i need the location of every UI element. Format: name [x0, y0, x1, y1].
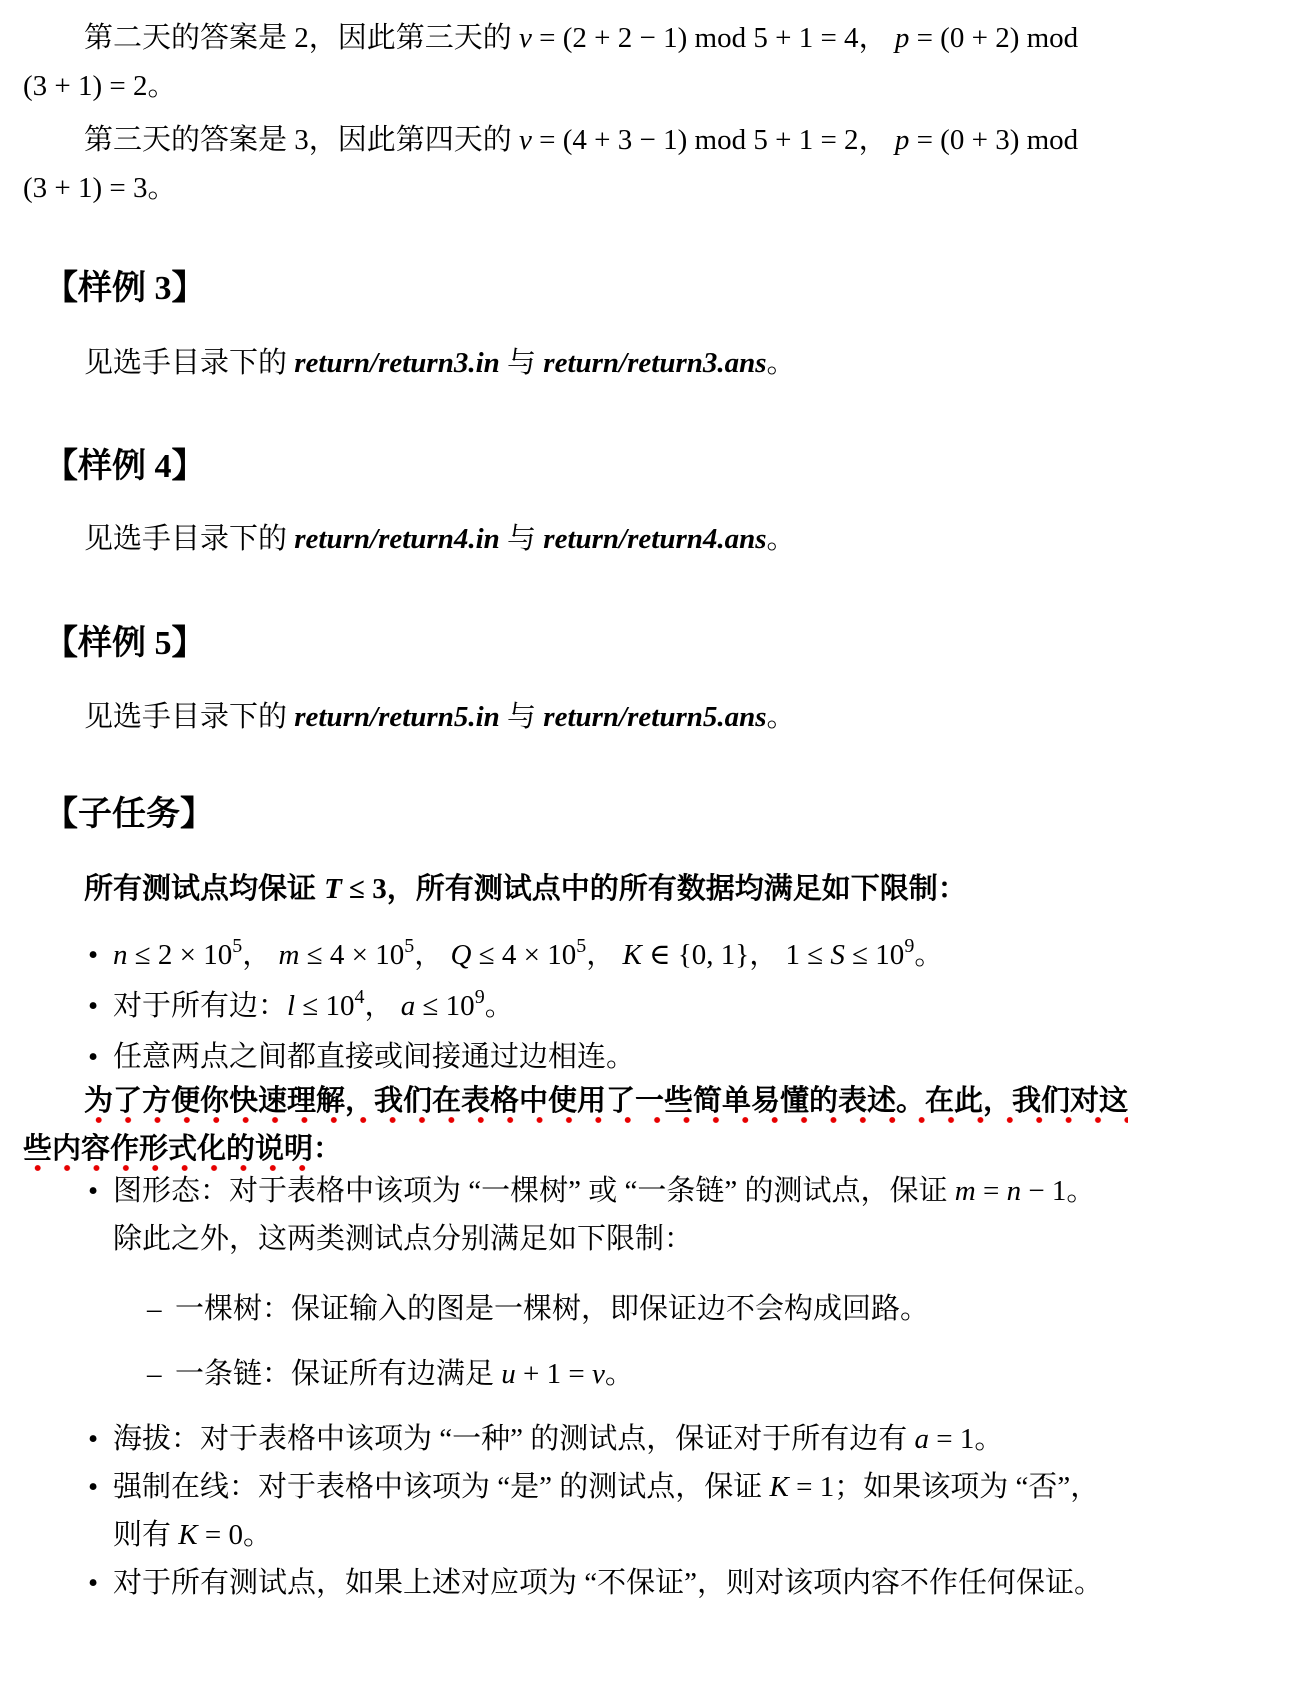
- text-line: 些内容作形式化的说明：: [23, 1125, 1140, 1173]
- dash-icon: –: [147, 1350, 175, 1398]
- text-segment: a: [915, 1423, 930, 1455]
- text-line: (3 + 1) = 2。: [23, 62, 1140, 110]
- text-segment: ≤ 3: [342, 873, 387, 905]
- text-segment: 9: [904, 935, 914, 957]
- text-segment: ，: [586, 939, 622, 971]
- text-segment: return/return5.in: [294, 701, 500, 733]
- text-segment: ≤ 2 × 10: [128, 939, 233, 971]
- text-segment: 与: [500, 701, 544, 733]
- text-segment: 。: [767, 701, 796, 733]
- text-segment: l: [287, 990, 295, 1022]
- text-segment: 为了方便你快速理解，我们在表格中使用了一些简单易懂的表述。在此，我们对这: [84, 1085, 1128, 1124]
- section-heading-subtask: 【子任务】: [44, 794, 1140, 836]
- text-segment: + 1 =: [516, 1358, 592, 1390]
- bullet-edge-limits: •对于所有边：l ≤ 104， a ≤ 109。: [23, 982, 1140, 1033]
- text-segment: a: [401, 990, 416, 1022]
- bullet-icon: •: [88, 1463, 116, 1511]
- text-segment: = (4 + 3 − 1) mod 5 + 1 = 2: [532, 124, 859, 156]
- text-segment: = (0 + 2) mod: [909, 22, 1078, 54]
- bullet-graph-shape: •图形态：对于表格中该项为 “一棵树” 或 “一条链” 的测试点，保证 m = …: [23, 1167, 1140, 1263]
- paragraph-day2: 第二天的答案是 2，因此第三天的 v = (2 + 2 − 1) mod 5 +…: [23, 14, 1140, 110]
- text-segment: 。: [914, 939, 943, 971]
- text-segment: 。: [243, 1519, 272, 1551]
- text-segment: 一棵树：保证输入的图是一棵树，即保证边不会构成回路。: [175, 1293, 929, 1325]
- text-segment: K: [178, 1519, 197, 1551]
- text-segment: return/return3.ans: [543, 347, 766, 379]
- text-line: (3 + 1) = 3。: [23, 164, 1140, 212]
- bullet-forced-online: •强制在线：对于表格中该项为 “是” 的测试点，保证 K = 1；如果该项为 “…: [23, 1463, 1140, 1559]
- text-segment: 强制在线：对于表格中该项为 “是” 的测试点，保证: [113, 1471, 770, 1503]
- text-line: •图形态：对于表格中该项为 “一棵树” 或 “一条链” 的测试点，保证 m = …: [23, 1167, 1140, 1215]
- text-segment: ≤ 4 × 10: [472, 939, 577, 971]
- text-segment: 1 ≤: [785, 939, 830, 971]
- text-line: •对于所有测试点，如果上述对应项为 “不保证”，则对该项内容不作任何保证。: [23, 1559, 1140, 1607]
- text-line: 见选手目录下的 return/return5.in 与 return/retur…: [23, 693, 1140, 741]
- text-segment: 所有测试点均保证: [84, 873, 324, 905]
- text-segment: = (0 + 3) mod: [909, 124, 1078, 156]
- document-page: 第二天的答案是 2，因此第三天的 v = (2 + 2 − 1) mod 5 +…: [0, 0, 1298, 1704]
- text-segment: return/return4.ans: [543, 523, 766, 555]
- section-heading-sample3: 【样例 3】: [44, 268, 1140, 310]
- sub-item-chain: –一条链：保证所有边满足 u + 1 = v。: [23, 1350, 1140, 1398]
- text-line: 第二天的答案是 2，因此第三天的 v = (2 + 2 − 1) mod 5 +…: [23, 14, 1140, 62]
- text-line: •任意两点之间都直接或间接通过边相连。: [23, 1033, 1140, 1081]
- text-segment: ，: [749, 939, 785, 971]
- text-segment: m: [279, 939, 300, 971]
- text-segment: 。: [148, 70, 177, 102]
- text-segment: ≤ 10: [845, 939, 904, 971]
- section-heading-text: 【样例 3】: [44, 270, 206, 307]
- dash-icon: –: [147, 1285, 175, 1333]
- text-segment: 则有: [113, 1519, 178, 1551]
- text-line: –一棵树：保证输入的图是一棵树，即保证边不会构成回路。: [23, 1285, 1140, 1333]
- text-segment: 与: [500, 347, 544, 379]
- text-segment: 4: [355, 986, 365, 1008]
- text-segment: p: [895, 22, 910, 54]
- text-line: •n ≤ 2 × 105， m ≤ 4 × 105， Q ≤ 4 × 105， …: [23, 931, 1140, 982]
- text-segment: =: [976, 1175, 1007, 1207]
- bullet-icon: •: [88, 982, 116, 1030]
- text-segment: = 0: [198, 1519, 243, 1551]
- text-segment: K: [770, 1471, 789, 1503]
- text-segment: v: [519, 124, 532, 156]
- text-segment: 。: [767, 523, 796, 555]
- text-segment: ，: [859, 22, 895, 54]
- bullet-icon: •: [88, 1033, 116, 1081]
- text-segment: m: [955, 1175, 976, 1207]
- text-segment: 5: [232, 935, 242, 957]
- text-segment: 与: [500, 523, 544, 555]
- text-segment: return/return3.in: [294, 347, 500, 379]
- text-segment: (3 + 1) = 2: [23, 70, 148, 102]
- text-segment: = 1: [789, 1471, 834, 1503]
- text-segment: 5: [404, 935, 414, 957]
- text-segment: 3: [294, 124, 309, 156]
- text-segment: = (2 + 2 − 1) mod 5 + 1 = 4: [532, 22, 859, 54]
- text-segment: v: [592, 1358, 605, 1390]
- text-line: 除此之外，这两类测试点分别满足如下限制：: [23, 1215, 1140, 1263]
- text-segment: 见选手目录下的: [84, 701, 294, 733]
- text-segment: S: [830, 939, 845, 971]
- section-heading-sample5: 【样例 5】: [44, 623, 1140, 665]
- text-segment: 2: [294, 22, 309, 54]
- text-segment: v: [519, 22, 532, 54]
- text-segment: u: [501, 1358, 516, 1390]
- paragraph-sample3: 见选手目录下的 return/return3.in 与 return/retur…: [23, 339, 1140, 387]
- text-segment: ，: [242, 939, 278, 971]
- sub-item-tree: –一棵树：保证输入的图是一棵树，即保证边不会构成回路。: [23, 1285, 1140, 1333]
- text-segment: 一条链：保证所有边满足: [175, 1358, 501, 1390]
- section-heading-sample4: 【样例 4】: [44, 446, 1140, 488]
- text-segment: 任意两点之间都直接或间接通过边相连。: [113, 1041, 635, 1073]
- bullet-connectivity: •任意两点之间都直接或间接通过边相连。: [23, 1033, 1140, 1081]
- text-segment: 。: [1066, 1175, 1095, 1207]
- section-heading-text: 【样例 5】: [44, 625, 206, 662]
- text-segment: 除此之外，这两类测试点分别满足如下限制：: [113, 1223, 693, 1255]
- text-segment: 对于所有测试点，如果上述对应项为 “不保证”，则对该项内容不作任何保证。: [113, 1567, 1103, 1599]
- text-segment: return/return4.in: [294, 523, 500, 555]
- text-line: •海拔：对于表格中该项为 “一种” 的测试点，保证对于所有边有 a = 1。: [23, 1415, 1140, 1463]
- text-segment: ≤ 4 × 10: [300, 939, 405, 971]
- text-segment: ，: [365, 990, 401, 1022]
- text-segment: 。: [148, 172, 177, 204]
- paragraph-sample4: 见选手目录下的 return/return4.in 与 return/retur…: [23, 515, 1140, 563]
- text-line: –一条链：保证所有边满足 u + 1 = v。: [23, 1350, 1140, 1398]
- text-segment: = 1: [929, 1423, 974, 1455]
- text-segment: K: [623, 939, 642, 971]
- text-segment: p: [895, 124, 910, 156]
- bullet-icon: •: [88, 931, 116, 979]
- text-segment: 见选手目录下的: [84, 523, 294, 555]
- text-segment: ≤ 10: [295, 990, 354, 1022]
- text-segment: 图形态：对于表格中该项为 “一棵树” 或 “一条链” 的测试点，保证: [113, 1175, 955, 1207]
- text-segment: ，: [414, 939, 450, 971]
- bullet-altitude: •海拔：对于表格中该项为 “一种” 的测试点，保证对于所有边有 a = 1。: [23, 1415, 1140, 1463]
- text-segment: 9: [475, 986, 485, 1008]
- text-segment: 对于所有边：: [113, 990, 287, 1022]
- text-segment: return/return5.ans: [543, 701, 766, 733]
- text-line: •对于所有边：l ≤ 104， a ≤ 109。: [23, 982, 1140, 1033]
- text-segment: ，所有测试点中的所有数据均满足如下限制：: [387, 873, 967, 905]
- text-segment: Q: [451, 939, 472, 971]
- bullet-icon: •: [88, 1559, 116, 1607]
- text-line: 为了方便你快速理解，我们在表格中使用了一些简单易懂的表述。在此，我们对这: [23, 1077, 1140, 1125]
- text-segment: 。: [485, 990, 514, 1022]
- text-segment: ；如果该项为 “否”，: [834, 1471, 1099, 1503]
- paragraph-sample5: 见选手目录下的 return/return5.in 与 return/retur…: [23, 693, 1140, 741]
- text-line: 则有 K = 0。: [23, 1511, 1140, 1559]
- text-segment: 。: [974, 1423, 1003, 1455]
- text-line: •强制在线：对于表格中该项为 “是” 的测试点，保证 K = 1；如果该项为 “…: [23, 1463, 1140, 1511]
- text-segment: ≤ 10: [415, 990, 474, 1022]
- text-line: 第三天的答案是 3，因此第四天的 v = (4 + 3 − 1) mod 5 +…: [23, 116, 1140, 164]
- text-segment: 海拔：对于表格中该项为 “一种” 的测试点，保证对于所有边有: [113, 1423, 915, 1455]
- paragraph-day3: 第三天的答案是 3，因此第四天的 v = (4 + 3 − 1) mod 5 +…: [23, 116, 1140, 212]
- text-line: 见选手目录下的 return/return4.in 与 return/retur…: [23, 515, 1140, 563]
- text-segment: 。: [767, 347, 796, 379]
- text-segment: ∈ {0, 1}: [642, 939, 749, 971]
- text-segment: 第二天的答案是: [84, 22, 294, 54]
- text-segment: 。: [605, 1358, 634, 1390]
- text-segment: T: [324, 873, 342, 905]
- text-segment: ，: [859, 124, 895, 156]
- section-heading-text: 【样例 4】: [44, 448, 206, 485]
- bullet-limits: •n ≤ 2 × 105， m ≤ 4 × 105， Q ≤ 4 × 105， …: [23, 931, 1140, 982]
- text-segment: (3 + 1) = 3: [23, 172, 148, 204]
- section-heading-text: 【子任务】: [44, 796, 214, 833]
- paragraph-constraints-intro: 所有测试点均保证 T ≤ 3，所有测试点中的所有数据均满足如下限制：: [23, 865, 1140, 913]
- text-line: 见选手目录下的 return/return3.in 与 return/retur…: [23, 339, 1140, 387]
- text-segment: ：: [313, 1133, 342, 1165]
- text-line: 所有测试点均保证 T ≤ 3，所有测试点中的所有数据均满足如下限制：: [23, 865, 1140, 913]
- text-segment: 5: [576, 935, 586, 957]
- text-segment: ，因此第四天的: [309, 124, 519, 156]
- bullet-no-guarantee: •对于所有测试点，如果上述对应项为 “不保证”，则对该项内容不作任何保证。: [23, 1559, 1140, 1607]
- emphasized-paragraph: 为了方便你快速理解，我们在表格中使用了一些简单易懂的表述。在此，我们对这些内容作…: [23, 1077, 1140, 1173]
- text-segment: − 1: [1021, 1175, 1066, 1207]
- text-segment: n: [1007, 1175, 1022, 1207]
- text-segment: 见选手目录下的: [84, 347, 294, 379]
- bullet-icon: •: [88, 1167, 116, 1215]
- bullet-icon: •: [88, 1415, 116, 1463]
- text-segment: 第三天的答案是: [84, 124, 294, 156]
- text-segment: ，因此第三天的: [309, 22, 519, 54]
